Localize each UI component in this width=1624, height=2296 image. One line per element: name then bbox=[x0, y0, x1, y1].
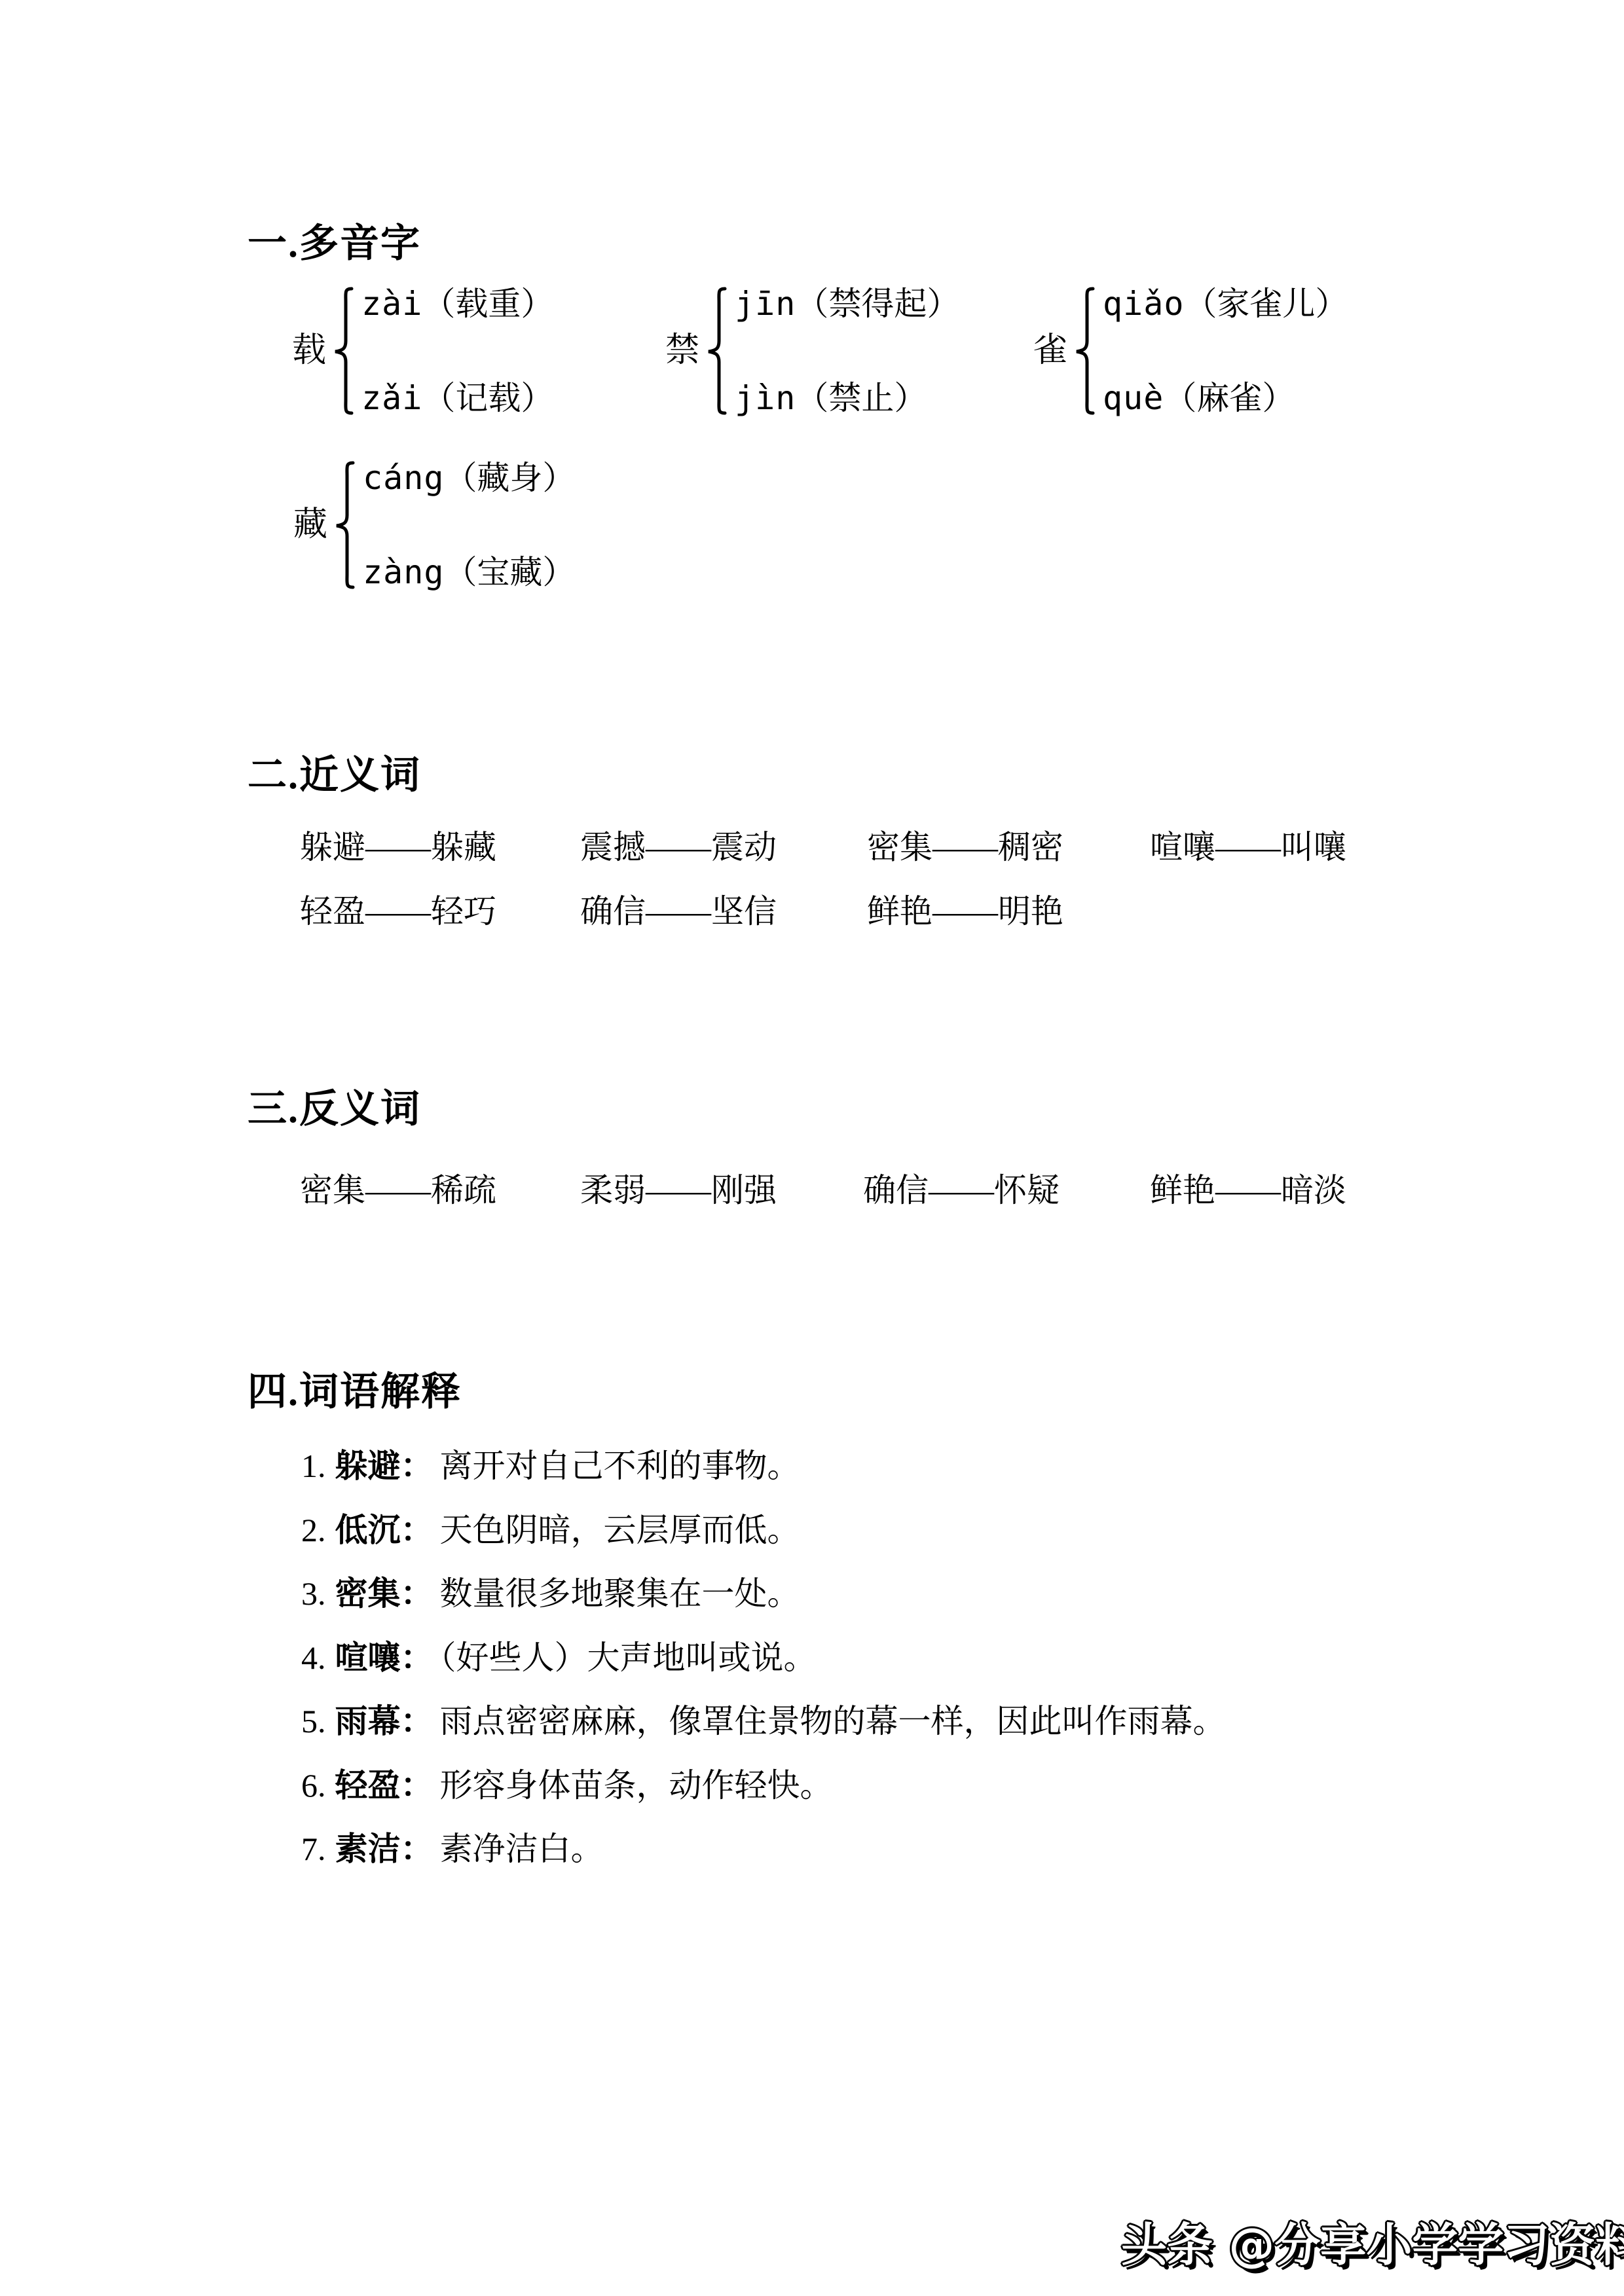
synonym-pair: 鲜艳——明艳 bbox=[867, 894, 1063, 928]
example-word: （禁得起） bbox=[796, 285, 959, 322]
pinyin: zǎi bbox=[361, 379, 422, 417]
definition-text: 天色阴暗，云层厚而低。 bbox=[440, 1512, 800, 1548]
reading-line: què（麻雀） bbox=[1103, 381, 1348, 415]
example-word: （麻雀） bbox=[1164, 380, 1295, 416]
definition-item: 1.躲避：离开对自己不利的事物。 bbox=[301, 1448, 800, 1484]
example-word: （宝藏） bbox=[444, 554, 575, 591]
item-number: 4. bbox=[301, 1639, 326, 1676]
reading-line: zài（载重） bbox=[361, 287, 553, 321]
polyphone-character: 载 bbox=[292, 334, 326, 368]
definition-item: 5.雨幕：雨点密密麻麻，像罩住景物的幕一样，因此叫作雨幕。 bbox=[301, 1704, 1226, 1739]
antonym-pair: 密集——稀疏 bbox=[300, 1173, 496, 1207]
polyphone-character: 雀 bbox=[1033, 334, 1067, 368]
readings: jīn（禁得起） jìn（禁止） bbox=[735, 287, 959, 415]
definition-term: 喧嚷： bbox=[335, 1639, 434, 1676]
definition-text: 数量很多地聚集在一处。 bbox=[440, 1575, 800, 1612]
pinyin: què bbox=[1103, 379, 1164, 417]
definition-term: 雨幕： bbox=[335, 1703, 434, 1740]
definition-term: 躲避： bbox=[335, 1448, 434, 1484]
reading-line: zǎi（记载） bbox=[361, 381, 553, 415]
polyphone-group-que: 雀 qiǎo（家雀儿） què（麻雀） bbox=[1033, 285, 1348, 416]
definition-text: 离开对自己不利的事物。 bbox=[440, 1448, 800, 1484]
reading-line: qiǎo（家雀儿） bbox=[1103, 287, 1348, 321]
pinyin: zài bbox=[361, 285, 422, 323]
section-title-polyphones: 一.多音字 bbox=[248, 224, 421, 263]
watermark-credit: 头条 @分享小学学习资料 bbox=[1121, 2221, 1624, 2269]
polyphone-character: 禁 bbox=[665, 334, 699, 368]
polyphone-character: 藏 bbox=[293, 508, 327, 542]
section-title-synonyms: 二.近义词 bbox=[248, 756, 421, 795]
pinyin: cáng bbox=[363, 459, 444, 497]
definition-text: 雨点密密麻麻，像罩住景物的幕一样，因此叫作雨幕。 bbox=[440, 1703, 1226, 1740]
pinyin: qiǎo bbox=[1103, 285, 1184, 323]
definition-term: 素洁： bbox=[335, 1831, 434, 1867]
definition-text: 形容身体苗条，动作轻快。 bbox=[440, 1767, 833, 1804]
pinyin: zàng bbox=[363, 553, 444, 591]
definition-term: 低沉： bbox=[335, 1512, 434, 1548]
brace-bracket-icon bbox=[333, 460, 356, 591]
brace-bracket-icon bbox=[1073, 285, 1096, 416]
antonym-pair: 柔弱——刚强 bbox=[580, 1173, 777, 1207]
definition-item: 3.密集：数量很多地聚集在一处。 bbox=[301, 1576, 800, 1611]
readings: zài（载重） zǎi（记载） bbox=[361, 287, 553, 415]
synonym-pair: 躲避——躲藏 bbox=[300, 830, 496, 864]
definition-term: 轻盈： bbox=[335, 1767, 434, 1804]
antonym-pair: 鲜艳——暗淡 bbox=[1150, 1173, 1346, 1207]
example-word: （禁止） bbox=[796, 380, 927, 416]
example-word: （家雀儿） bbox=[1184, 285, 1348, 322]
polyphone-group-cang: 藏 cáng（藏身） zàng（宝藏） bbox=[293, 460, 575, 591]
definition-text: 素净洁白。 bbox=[440, 1831, 604, 1867]
definition-item: 2.低沉：天色阴暗，云层厚而低。 bbox=[301, 1512, 800, 1548]
synonym-pair: 确信——坚信 bbox=[580, 894, 777, 928]
definition-text: （好些人）大声地叫或说。 bbox=[440, 1639, 817, 1676]
pinyin: jìn bbox=[735, 379, 796, 417]
item-number: 7. bbox=[301, 1831, 326, 1867]
reading-line: jīn（禁得起） bbox=[735, 287, 959, 321]
brace-bracket-icon bbox=[331, 285, 355, 416]
readings: qiǎo（家雀儿） què（麻雀） bbox=[1103, 287, 1348, 415]
polyphone-group-jin: 禁 jīn（禁得起） jìn（禁止） bbox=[665, 285, 959, 416]
synonym-pair: 密集——稠密 bbox=[867, 830, 1063, 864]
section-title-antonyms: 三.反义词 bbox=[248, 1089, 421, 1129]
definition-item: 4.喧嚷：（好些人）大声地叫或说。 bbox=[301, 1640, 817, 1675]
antonym-pair: 确信——怀疑 bbox=[863, 1173, 1060, 1207]
polyphone-group-zai: 载 zài（载重） zǎi（记载） bbox=[292, 285, 553, 416]
reading-line: jìn（禁止） bbox=[735, 381, 959, 415]
item-number: 6. bbox=[301, 1767, 326, 1804]
definition-item: 6.轻盈：形容身体苗条，动作轻快。 bbox=[301, 1768, 833, 1803]
item-number: 2. bbox=[301, 1512, 326, 1548]
worksheet-page: 一.多音字 载 zài（载重） zǎi（记载） 禁 jīn（禁得起） jìn（禁… bbox=[0, 0, 1624, 2296]
brace-bracket-icon bbox=[705, 285, 728, 416]
item-number: 1. bbox=[301, 1448, 326, 1484]
reading-line: cáng（藏身） bbox=[363, 461, 575, 495]
synonym-pair: 喧嚷——叫嚷 bbox=[1150, 830, 1346, 864]
readings: cáng（藏身） zàng（宝藏） bbox=[363, 461, 575, 589]
section-title-definitions: 四.词语解释 bbox=[248, 1372, 462, 1412]
definition-term: 密集： bbox=[335, 1575, 434, 1612]
item-number: 5. bbox=[301, 1703, 326, 1740]
synonym-pair: 震撼——震动 bbox=[580, 830, 777, 864]
example-word: （载重） bbox=[422, 285, 553, 322]
pinyin: jīn bbox=[735, 285, 796, 323]
synonym-pair: 轻盈——轻巧 bbox=[300, 894, 496, 928]
item-number: 3. bbox=[301, 1575, 326, 1612]
example-word: （藏身） bbox=[444, 460, 575, 496]
reading-line: zàng（宝藏） bbox=[363, 555, 575, 589]
definition-item: 7.素洁：素净洁白。 bbox=[301, 1831, 604, 1867]
example-word: （记载） bbox=[422, 380, 553, 416]
